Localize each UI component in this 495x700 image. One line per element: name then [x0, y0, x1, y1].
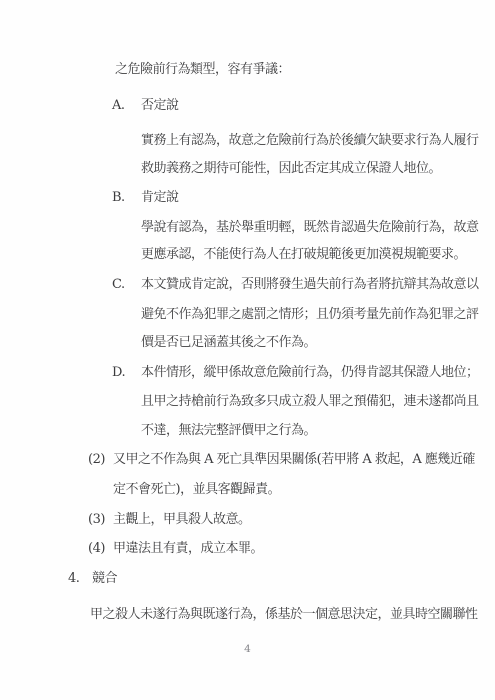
- document-page: 之危險前行為類型，容有爭議： A.否定說 實務上有認為，故意之危險前行為於後續欠…: [0, 0, 495, 700]
- section-4-heading-row: 4.競合: [68, 571, 117, 587]
- item-c-body-line-2: 避免不作為犯罪之處罰之情形；且仍須考量先前作為犯罪之評: [141, 307, 479, 323]
- item-2-line-2: 定不會死亡)，並具客觀歸責。: [113, 482, 280, 498]
- closing-paragraph-line: 甲之殺人未遂行為與既遂行為，係基於一個意思決定，並具時空關聯性: [90, 607, 478, 623]
- item-3-label: (3): [88, 512, 113, 528]
- item-c-label: C.: [112, 277, 141, 293]
- item-a-body-line-1: 實務上有認為，故意之危險前行為於後續欠缺要求行為人履行: [141, 133, 479, 149]
- item-a-label: A.: [112, 98, 141, 114]
- item-4-row: (4)甲違法且有責，成立本罪。: [88, 541, 263, 557]
- item-d-body-line-3: 不達，無法完整評價甲之行為。: [141, 423, 316, 439]
- section-4-label: 4.: [68, 571, 92, 587]
- section-4-heading: 競合: [92, 571, 117, 586]
- item-c-body-line-1: 本文贊成肯定說，否則將發生過失前行為者將抗辯其為故意以: [141, 277, 479, 292]
- item-2-first-row: (2)又甲之不作為與 A 死亡具準因果關係(若甲將 A 救起，A 應幾近確: [88, 452, 475, 468]
- continued-paragraph-line: 之危險前行為類型，容有爭議：: [115, 62, 290, 78]
- item-b-heading-row: B.肯定說: [112, 190, 179, 206]
- item-c-first-row: C.本文贊成肯定說，否則將發生過失前行為者將抗辯其為故意以: [112, 277, 479, 293]
- item-a-body-line-2: 救助義務之期待可能性，因此否定其成立保證人地位。: [141, 161, 441, 177]
- item-b-label: B.: [112, 190, 141, 206]
- item-2-label: (2): [88, 452, 113, 468]
- item-a-heading: 否定說: [141, 98, 179, 113]
- item-d-body-line-2: 且甲之持槍前行為致多只成立殺人罪之預備犯，連未遂都尚且: [141, 394, 479, 410]
- item-d-first-row: D.本件情形，縱甲係故意危險前行為，仍得肯認其保證人地位；: [112, 365, 479, 381]
- item-2-line-1: 又甲之不作為與 A 死亡具準因果關係(若甲將 A 救起，A 應幾近確: [113, 452, 475, 467]
- item-c-body-line-3: 價是否已足涵蓋其後之不作為。: [141, 335, 316, 351]
- item-b-body-line-1: 學說有認為，基於舉重明輕，既然肯認過失危險前行為，故意: [141, 220, 479, 236]
- item-4-line-1: 甲違法且有責，成立本罪。: [113, 541, 263, 556]
- item-4-label: (4): [88, 541, 113, 557]
- item-b-heading: 肯定說: [141, 190, 179, 205]
- item-a-heading-row: A.否定說: [112, 98, 179, 114]
- page-number: 4: [0, 643, 495, 655]
- item-b-body-line-2: 更應承認，不能使行為人在打破規範後更加漠視規範要求。: [141, 247, 466, 263]
- item-d-label: D.: [112, 365, 141, 381]
- intro-text: 之危險前行為類型，容有爭議：: [115, 62, 290, 77]
- item-d-body-line-1: 本件情形，縱甲係故意危險前行為，仍得肯認其保證人地位；: [141, 365, 479, 380]
- item-3-row: (3)主觀上，甲具殺人故意。: [88, 512, 251, 528]
- item-3-line-1: 主觀上，甲具殺人故意。: [113, 512, 251, 527]
